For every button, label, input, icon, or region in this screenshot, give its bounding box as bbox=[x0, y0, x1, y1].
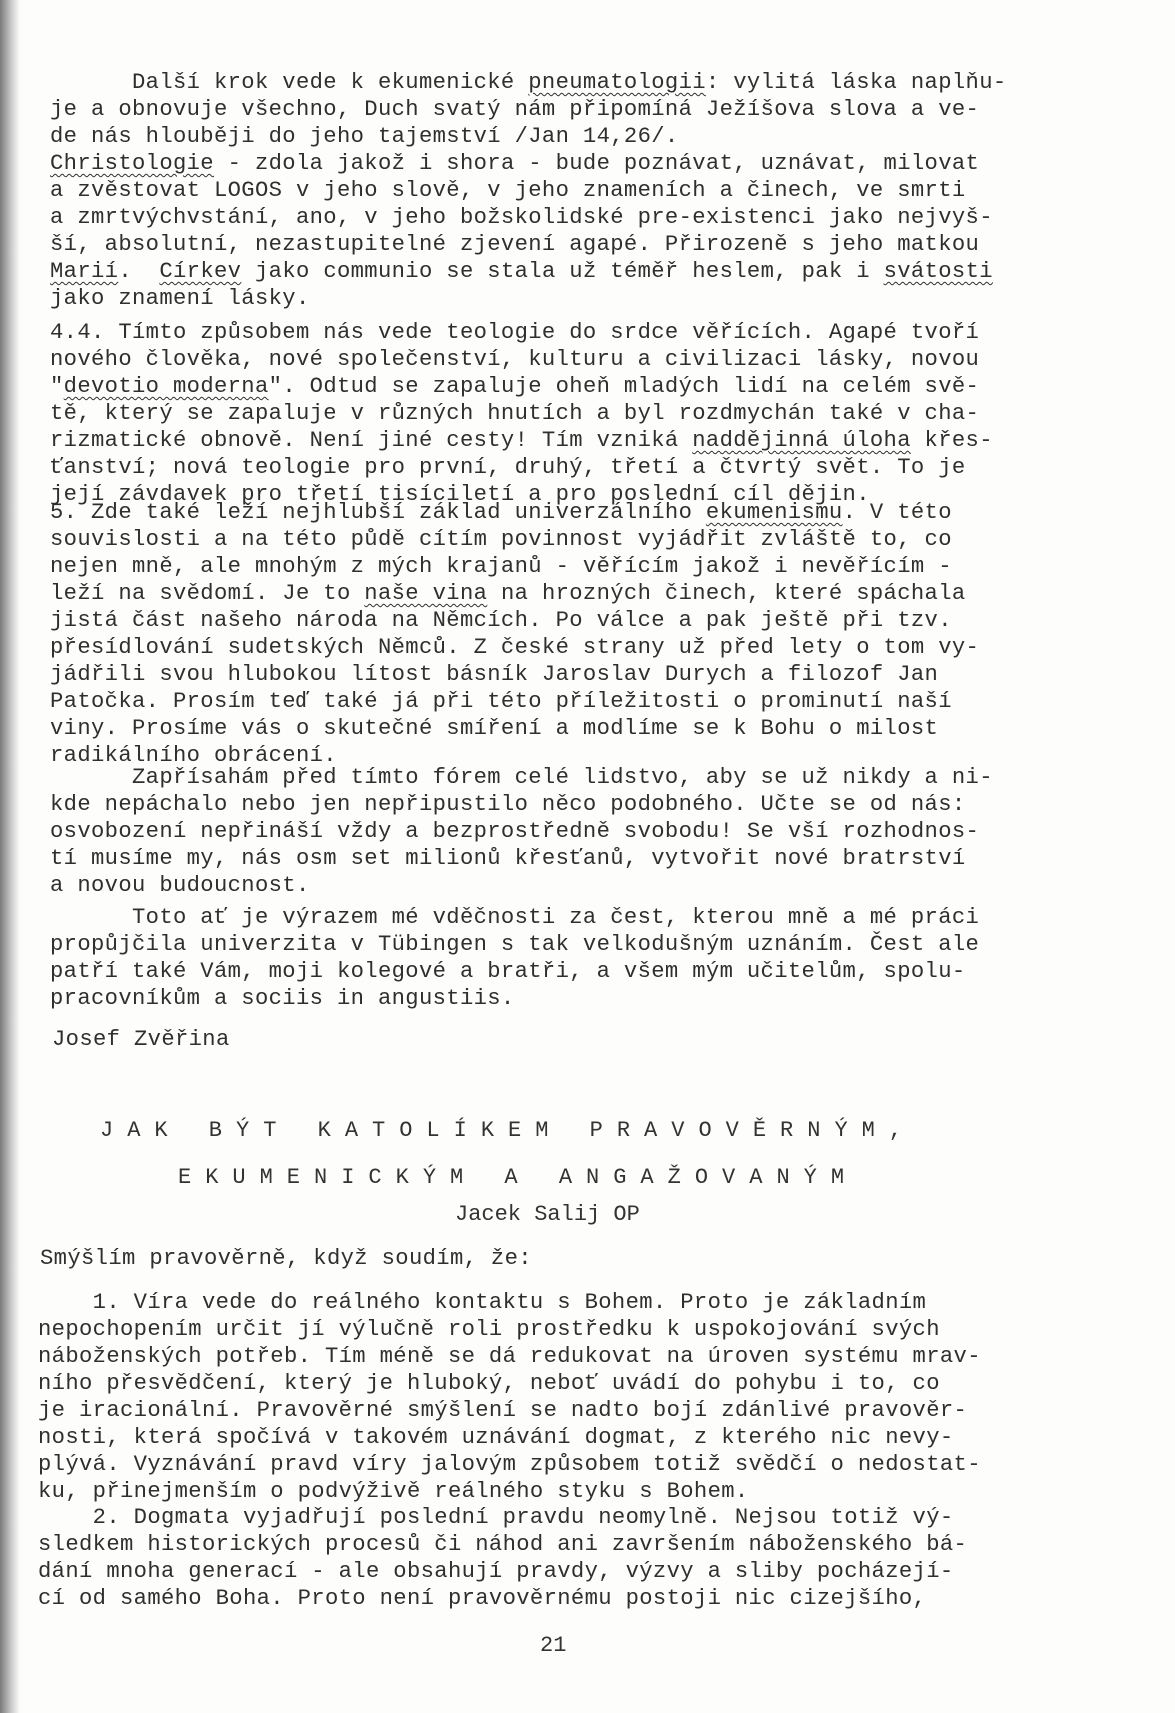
underlined-term: ekumenismu bbox=[706, 500, 843, 525]
text-line: kde nepáchalo nebo jen nepřipustilo něco… bbox=[50, 792, 966, 818]
text-line: Zapřísahám před tímto fórem celé lidstvo… bbox=[50, 765, 993, 791]
text-line: 4.4. Tímto způsobem nás vede teologie do… bbox=[50, 320, 979, 346]
text-line: Marií. Církev jako communio se stala už … bbox=[50, 259, 993, 285]
signature: Josef Zvěřina bbox=[52, 1027, 230, 1053]
text-line: viny. Prosíme vás o skutečné smíření a m… bbox=[50, 716, 938, 742]
text-line: jádřili svou hlubokou lítost básník Jaro… bbox=[50, 662, 938, 688]
text-line: leží na svědomí. Je to naše vina na hroz… bbox=[50, 581, 966, 607]
text-line: nového člověka, nové společenství, kultu… bbox=[50, 347, 979, 373]
text-line: a zmrtvýchvstání, ano, v jeho božskolids… bbox=[50, 205, 993, 231]
text-line: souvislosti a na této půdě cítím povinno… bbox=[50, 527, 952, 553]
text-line: patří také Vám, moji kolegové a bratři, … bbox=[50, 959, 966, 985]
underlined-term: svátosti bbox=[884, 259, 993, 284]
document-page: Další krok vede k ekumenické pneumatolog… bbox=[0, 0, 1175, 1713]
page-number: 21 bbox=[540, 1633, 566, 1658]
text-line: je a obnovuje všechno, Duch svatý nám př… bbox=[50, 97, 979, 123]
article-title-line-1: JAK BÝT KATOLÍKEM PRAVOVĚRNÝM, bbox=[100, 1118, 916, 1143]
underlined-term: devotio moderna bbox=[64, 374, 269, 399]
text-line: Christologie - zdola jakož i shora - bud… bbox=[50, 151, 979, 177]
text-line: nejen mně, ale mnohým z mých krajanů - v… bbox=[50, 554, 952, 580]
text-line: 1. Víra vede do reálného kontaktu s Bohe… bbox=[38, 1290, 926, 1316]
text-line: sledkem historických procesů či náhod an… bbox=[38, 1532, 967, 1558]
text-line: plývá. Vyznávání pravd víry jalovým způs… bbox=[38, 1452, 981, 1478]
text-line: ťanství; nová teologie pro první, druhý,… bbox=[50, 455, 966, 481]
text-line: Další krok vede k ekumenické pneumatolog… bbox=[50, 70, 1007, 96]
text-line: cí od samého Boha. Proto není pravověrné… bbox=[38, 1586, 926, 1612]
text-line: Patočka. Prosím teď také já při této pří… bbox=[50, 689, 952, 715]
text-line: ku, přinejmenším o podvýživě reálného st… bbox=[38, 1479, 749, 1505]
text-line: propůjčila univerzita v Tübingen s tak v… bbox=[50, 932, 979, 958]
underlined-term: Marií bbox=[50, 259, 118, 284]
text-line: nosti, která spočívá v takovém uznávání … bbox=[38, 1425, 954, 1451]
underlined-term: pneumatologii bbox=[528, 70, 706, 95]
text-line: osvobození nepřináší vždy a bezprostředn… bbox=[50, 819, 979, 845]
article-intro: Smýšlím pravověrně, když soudím, že: bbox=[40, 1246, 532, 1272]
text-line: náboženských potřeb. Tím méně se dá redu… bbox=[38, 1344, 981, 1370]
text-line: je iracionální. Pravověrné smýšlení se n… bbox=[38, 1398, 967, 1424]
text-line: rizmatické obnově. Není jiné cesty! Tím … bbox=[50, 428, 993, 454]
text-line: de nás hlouběji do jeho tajemství /Jan 1… bbox=[50, 124, 679, 150]
text-line: Toto ať je výrazem mé vděčnosti za čest,… bbox=[50, 905, 979, 931]
article-author: Jacek Salij OP bbox=[455, 1202, 640, 1227]
text-line: jistá část našeho národa na Němcích. Po … bbox=[50, 608, 952, 634]
text-line: a novou budoucnost. bbox=[50, 873, 310, 899]
underlined-term: Církev bbox=[159, 259, 241, 284]
article-title-line-2: EKUMENICKÝM A ANGAŽOVANÝM bbox=[178, 1165, 858, 1190]
text-line: tí musíme my, nás osm set milionů křesťa… bbox=[50, 846, 966, 872]
text-line: pracovníkům a sociis in angustiis. bbox=[50, 986, 515, 1012]
text-line: 2. Dogmata vyjadřují poslední pravdu neo… bbox=[38, 1505, 954, 1531]
underlined-term: naše vina bbox=[364, 581, 487, 606]
text-line: "devotio moderna". Odtud se zapaluje ohe… bbox=[50, 374, 979, 400]
text-line: dání mnoha generací - ale obsahují pravd… bbox=[38, 1559, 954, 1585]
text-line: a zvěstovat LOGOS v jeho slově, v jeho z… bbox=[50, 178, 966, 204]
text-line: ního přesvědčení, který je hluboký, nebo… bbox=[38, 1371, 940, 1397]
text-line: ší, absolutní, nezastupitelné zjevení ag… bbox=[50, 232, 979, 258]
text-line: tě, který se zapaluje v různých hnutích … bbox=[50, 401, 979, 427]
underlined-term: Christologie bbox=[50, 151, 214, 176]
underlined-term: naddějinná úloha bbox=[692, 428, 911, 453]
text-line: jako znamení lásky. bbox=[50, 286, 310, 312]
text-line: 5. Zde také leží nejhlubší základ univer… bbox=[50, 500, 952, 526]
text-line: přesídlování sudetských Němců. Z české s… bbox=[50, 635, 979, 661]
text-line: nepochopením určit jí výlučně roli prost… bbox=[38, 1317, 940, 1343]
